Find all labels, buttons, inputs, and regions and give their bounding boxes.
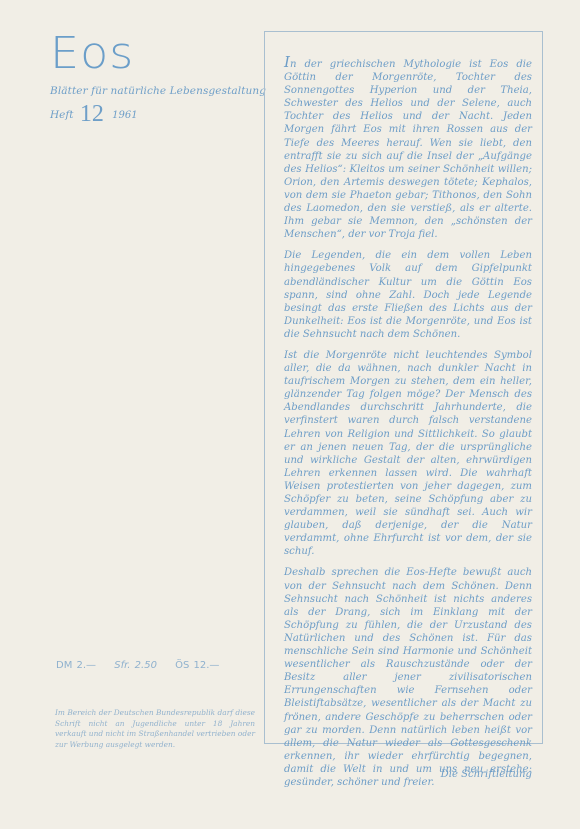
- issue-line: Heft 12 1961: [50, 101, 266, 128]
- price-dm: DM 2.—: [56, 660, 96, 671]
- issue-number: 12: [80, 101, 104, 127]
- price-os: ÖS 12.—: [175, 660, 219, 671]
- article-paragraph: Deshalb sprechen die Eos-Hefte bewußt au…: [284, 566, 532, 789]
- issue-year: 1961: [112, 110, 137, 121]
- article-paragraph: Ist die Morgenröte nicht leuchtendes Sym…: [284, 349, 532, 559]
- article-paragraph: Die Legenden, die ein dem vollen Leben h…: [284, 249, 532, 341]
- price-line: DM 2.— Sfr. 2.50 ÖS 12.—: [56, 660, 233, 671]
- magazine-subtitle: Blätter für natürliche Lebensgestaltung: [50, 85, 266, 97]
- issue-label: Heft: [50, 109, 73, 121]
- masthead: Eos Blätter für natürliche Lebensgestalt…: [50, 30, 266, 128]
- magazine-logo: Eos: [50, 31, 266, 75]
- article-paragraph: In der griechischen Mythologie ist Eos d…: [284, 56, 532, 241]
- legal-notice: Im Bereich der Deutschen Bundesrepublik …: [55, 708, 255, 750]
- editorial-article: In der griechischen Mythologie ist Eos d…: [284, 56, 532, 781]
- price-sfr: Sfr. 2.50: [114, 660, 157, 671]
